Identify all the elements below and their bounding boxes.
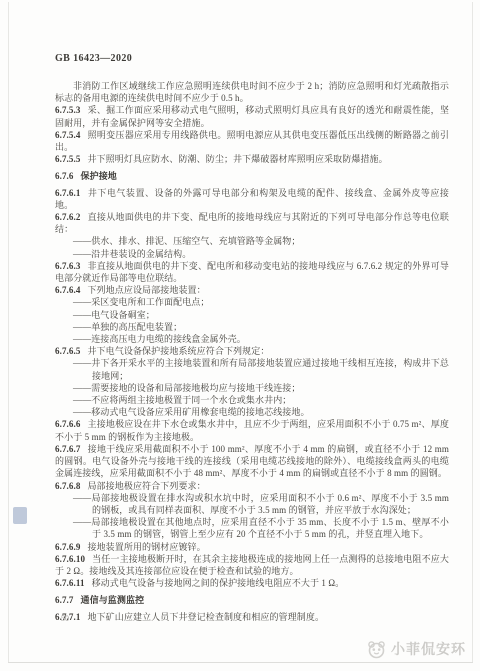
page-edge-bottom	[8, 662, 473, 663]
dash-list-item: ——供水、排水、排泥、压缩空气、充填管路等金属物；	[55, 235, 449, 247]
clause-text: ——井下各开采水平的主接地装置和所有局部接地装置应通过接地干线相互连接，构成井下…	[73, 358, 449, 380]
clause-number: 6.7.5.5	[55, 154, 80, 164]
clause-number: 6.7.7	[55, 595, 74, 605]
document-body: 非消防工作区域继续工作应急照明连续供电时间不应少于 2 h；消防应急照明和灯光疏…	[55, 80, 449, 623]
clause-text: 局部接地极应符合下列要求：	[87, 481, 205, 491]
clause-paragraph: 非消防工作区域继续工作应急照明连续供电时间不应少于 2 h；消防应急照明和灯光疏…	[55, 80, 449, 104]
clause-text: ——沿井巷装设的金属结构。	[73, 249, 191, 259]
section-heading: 6.7.6保护接地	[55, 170, 449, 182]
clause-paragraph: 6.7.5.3采、掘工作面应采用移动式电气照明，移动式照明灯具应具有良好的透光和…	[55, 104, 449, 128]
clause-text: 直接从地面供电的井下变、配电所的接地母线应与其附近的下列可导电部分作总等电位联结…	[55, 212, 449, 234]
page-edge-right	[472, 2, 473, 662]
clause-text: 非消防工作区域继续工作应急照明连续供电时间不应少于 2 h；消防应急照明和灯光疏…	[55, 81, 449, 103]
clause-number: 6.7.5.4	[55, 130, 80, 140]
scanned-document-page: GB 16423—2020 非消防工作区域继续工作应急照明连续供电时间不应少于 …	[0, 0, 480, 671]
clause-text: 主接地极应设在井下水仓或集水井中，且应不少于两组，应采用面积不小于 0.75 m…	[55, 419, 449, 441]
page-edge-left	[8, 2, 9, 662]
watermark: 小菲侃安环	[367, 639, 466, 659]
clause-number: 6.7.6.9	[55, 542, 80, 552]
clause-number: 6.7.6.10	[55, 554, 85, 564]
clause-text: 接地干线应采用截面积不小于 100 mm²、厚度不小于 4 mm 的扁钢，或直径…	[55, 444, 449, 478]
clause-paragraph: 6.7.6.9接地装置所用的钢材应镀锌。	[55, 541, 449, 553]
section-heading: 6.7.7通信与监测监控	[55, 594, 449, 606]
clause-paragraph: 6.7.6.5井下电气设备保护接地系统应符合下列规定：	[55, 345, 449, 357]
watermark-text: 小菲侃安环	[391, 639, 466, 659]
clause-number: 6.7.6.11	[55, 578, 85, 588]
dash-list-item: ——连接高压电力电缆的接线盒金属外壳。	[55, 333, 449, 345]
clause-text: 井下电气装置、设备的外露可导电部分和构架及电缆的配件、接线盒、金属外皮等应接地。	[55, 188, 449, 210]
clause-text: ——连接高压电力电缆的接线盒金属外壳。	[73, 334, 246, 344]
dash-list-item: ——不应将两组主接地极置于同一个水仓或集水井内；	[55, 394, 449, 406]
clause-text: 当任一主接地极断开时，在其余主接地极连成的接地网上任一点测得的总接地电阻不应大于…	[55, 554, 449, 576]
clause-text: 照明变压器应采用专用线路供电。照明电源应从其供电变压器低压出线侧的断路器之前引出…	[55, 130, 449, 152]
clause-text: ——单独的高压配电装置；	[73, 322, 182, 332]
dash-list-item: ——单独的高压配电装置；	[55, 321, 449, 333]
clause-number: 6.7.6.1	[55, 188, 80, 198]
clause-number: 6.7.6.2	[55, 212, 80, 222]
clause-number: 6.7.6.4	[55, 285, 80, 295]
clause-paragraph: 6.7.6.7接地干线应采用截面积不小于 100 mm²、厚度不小于 4 mm …	[55, 443, 449, 480]
clause-paragraph: 6.7.6.11移动式电气设备与接地网之间的保护接地线电阻应不大于 1 Ω。	[55, 577, 449, 589]
clause-number: 6.7.6.7	[55, 444, 80, 454]
standard-code-header: GB 16423—2020	[55, 53, 132, 64]
clause-paragraph: 6.7.6.2直接从地面供电的井下变、配电所的接地母线应与其附近的下列可导电部分…	[55, 211, 449, 235]
clause-text: 接地装置所用的钢材应镀锌。	[87, 542, 205, 552]
clause-paragraph: 6.7.6.1井下电气装置、设备的外露可导电部分和构架及电缆的配件、接线盒、金属…	[55, 187, 449, 211]
clause-text: ——局部接地极设置在其他地点时，应采用直径不小于 35 mm、长度不小于 1.5…	[73, 517, 449, 539]
dash-list-item: ——采区变电所和工作面配电点；	[55, 296, 449, 308]
clause-text: 采、掘工作面应采用移动式电气照明，移动式照明灯具应具有良好的透光和耐震性能，坚固…	[55, 105, 449, 127]
clause-text: 移动式电气设备与接地网之间的保护接地线电阻应不大于 1 Ω。	[92, 578, 345, 588]
clause-text: 保护接地	[81, 171, 117, 181]
dash-list-item: ——局部接地极设置在排水沟或积水坑中时，应采用面积不小于 0.6 m²、厚度不小…	[55, 492, 449, 516]
clause-paragraph: 6.7.6.10当任一主接地极断开时，在其余主接地极连成的接地网上任一点测得的总…	[55, 553, 449, 577]
clause-text: ——局部接地极设置在排水沟或积水坑中时，应采用面积不小于 0.6 m²、厚度不小…	[73, 493, 449, 515]
clause-number: 6.7.6.6	[55, 419, 80, 429]
clause-text: 非直接从地面供电的井下变、配电所和移动变电站的接地母线应与 6.7.6.2 规定…	[55, 261, 449, 283]
clause-paragraph: 6.7.5.4照明变压器应采用专用线路供电。照明电源应从其供电变压器低压出线侧的…	[55, 129, 449, 153]
clause-paragraph: 6.7.6.6主接地极应设在井下水仓或集水井中，且应不少于两组，应采用面积不小于…	[55, 418, 449, 442]
page-number: 50	[61, 614, 69, 623]
clause-number: 6.7.6.8	[55, 481, 80, 491]
dash-list-item: ——沿井巷装设的金属结构。	[55, 248, 449, 260]
clause-text: ——电气设备硐室；	[73, 310, 155, 320]
clause-text: 通信与监测监控	[81, 595, 145, 605]
clause-text: ——采区变电所和工作面配电点；	[73, 297, 210, 307]
clause-number: 6.7.6.5	[55, 346, 80, 356]
clause-number: 6.7.6	[55, 171, 74, 181]
stamp-watermark	[13, 507, 27, 524]
clause-text: ——需要接地的设备和局部接地极均应与接地干线连接；	[73, 383, 301, 393]
dash-list-item: ——电气设备硐室；	[55, 309, 449, 321]
dash-list-item: ——井下各开采水平的主接地装置和所有局部接地装置应通过接地干线相互连接，构成井下…	[55, 357, 449, 381]
clause-paragraph: 6.7.6.4下列地点应设局部接地装置：	[55, 284, 449, 296]
dash-list-item: ——移动式电气设备应采用矿用橡套电缆的接地芯线接地。	[55, 406, 449, 418]
clause-number: 6.7.6.3	[55, 261, 80, 271]
clause-text: 地下矿山应建立人员下井登记检查制度和相应的管理制度。	[87, 612, 324, 622]
clause-text: 井下照明灯具应防水、防潮、防尘；井下爆破器材库照明应采取防爆措施。	[87, 154, 387, 164]
dash-list-item: ——需要接地的设备和局部接地极均应与接地干线连接；	[55, 382, 449, 394]
clause-text: 井下电气设备保护接地系统应符合下列规定：	[87, 346, 269, 356]
clause-text: ——供水、排水、排泥、压缩空气、充填管路等金属物；	[73, 236, 301, 246]
clause-paragraph: 6.7.7.1地下矿山应建立人员下井登记检查制度和相应的管理制度。	[55, 611, 449, 623]
clause-text: ——移动式电气设备应采用矿用橡套电缆的接地芯线接地。	[73, 407, 310, 417]
clause-paragraph: 6.7.5.5井下照明灯具应防水、防潮、防尘；井下爆破器材库照明应采取防爆措施。	[55, 153, 449, 165]
clause-paragraph: 6.7.6.8局部接地极应符合下列要求：	[55, 480, 449, 492]
panda-face-icon	[367, 640, 386, 659]
dash-list-item: ——局部接地极设置在其他地点时，应采用直径不小于 35 mm、长度不小于 1.5…	[55, 516, 449, 540]
clause-text: ——不应将两组主接地极置于同一个水仓或集水井内；	[73, 395, 291, 405]
clause-number: 6.7.5.3	[55, 105, 80, 115]
clause-paragraph: 6.7.6.3非直接从地面供电的井下变、配电所和移动变电站的接地母线应与 6.7…	[55, 260, 449, 284]
clause-text: 下列地点应设局部接地装置：	[87, 285, 205, 295]
